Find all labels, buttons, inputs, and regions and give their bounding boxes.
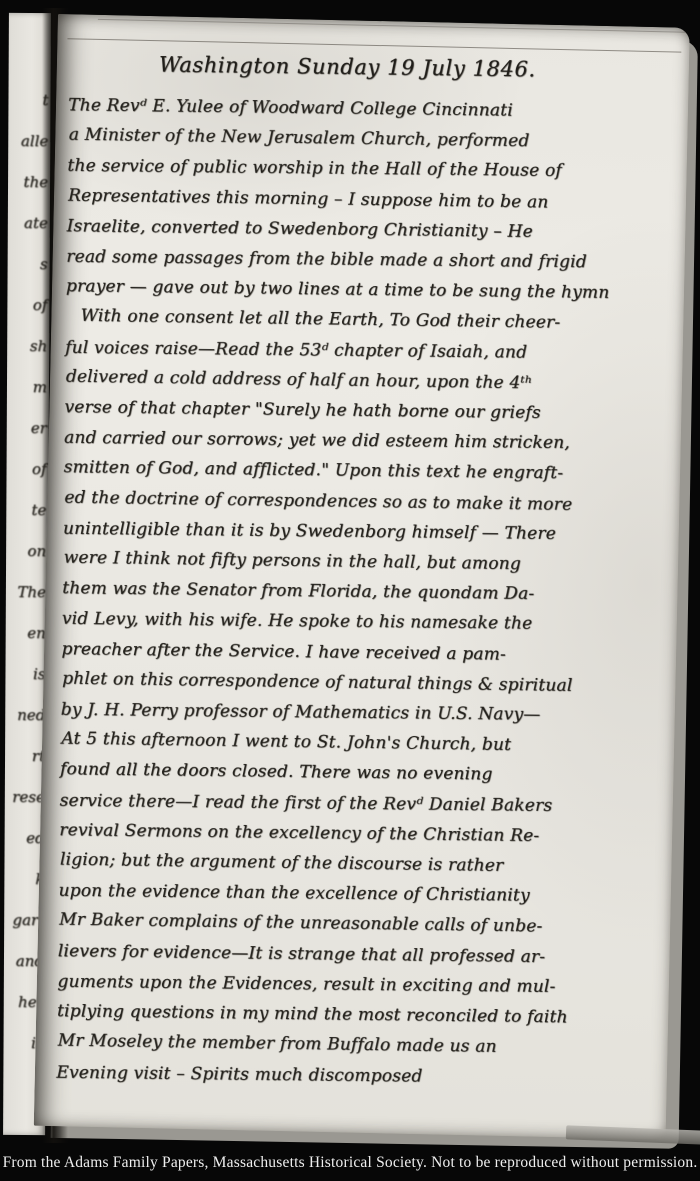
scanned-manuscript-screenshot: { "photo": { "border_color": "#070707", … (0, 0, 700, 1181)
ruled-line (67, 38, 681, 52)
credit-caption: From the Adams Family Papers, Massachuse… (0, 1154, 700, 1176)
manuscript-line: read some passages from the bible made a… (66, 242, 678, 279)
entry-body: The Revᵈ E. Yulee of Woodward College Ci… (56, 90, 680, 1094)
manuscript-line: Evening visit – Spirits much discomposed (56, 1057, 668, 1094)
entry-heading: Washington Sunday 19 July 1846. (159, 52, 679, 83)
diary-page: Washington Sunday 19 July 1846. The Revᵈ… (34, 14, 690, 1140)
page-edge-line (98, 19, 686, 33)
manuscript-line: service there—I read the first of the Re… (60, 785, 672, 822)
manuscript-line: guments upon the Evidences, result in ex… (57, 967, 669, 1004)
